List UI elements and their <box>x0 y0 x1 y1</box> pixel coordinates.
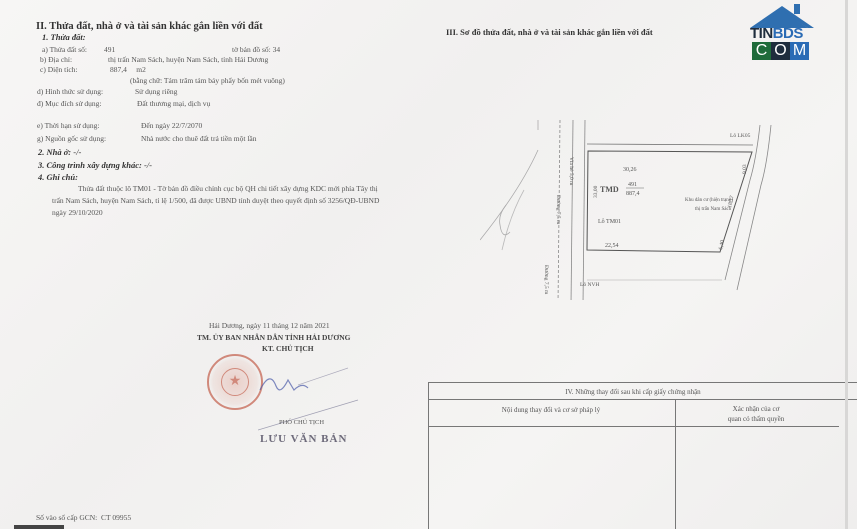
col-change-content: Nội dung thay đổi và cơ sở pháp lý <box>428 406 674 414</box>
other-works-heading: 3. Công trình xây dựng khác: <box>38 160 142 170</box>
map-sheet-value: 34 <box>273 45 281 54</box>
bottom-lot-label: Lô NVH <box>580 282 599 288</box>
road-line-right <box>583 120 585 300</box>
map-plot-number: 491 <box>628 182 637 188</box>
official-seal: ★ <box>207 354 263 410</box>
address-value: thị trấn Nam Sách, huyện Nam Sách, tỉnh … <box>108 55 268 64</box>
notes-text: Thửa đất thuộc lô TM01 - Tờ bản đồ điều … <box>52 183 382 219</box>
usage-form-label: d) Hình thức sử dụng: <box>37 87 135 96</box>
plot-number-value: 491 <box>104 45 115 54</box>
origin-row: g) Nguồn gốc sử dụng:Nhà nước cho thuê đ… <box>37 134 257 143</box>
road-line-mid <box>571 120 573 300</box>
edge-right-top: 9,03 <box>742 164 748 174</box>
land-heading: 1. Thửa đất: <box>42 32 86 42</box>
other-works-row: 3. Công trình xây dựng khác: -/- <box>38 160 152 170</box>
lot-name: Lô TM01 <box>598 219 621 225</box>
purpose-value: Đất thương mại, dịch vụ <box>137 99 210 108</box>
signature-scribble <box>258 360 378 440</box>
star-emblem-icon: ★ <box>221 368 249 396</box>
east-label-2: thị trấn Nam Sách <box>695 207 732 212</box>
bottom-edge-bar <box>14 525 64 529</box>
logo-com: C O M <box>752 42 810 60</box>
svg-text:Vỉa hè 5,0 m: Vỉa hè 5,0 m <box>568 157 574 186</box>
usage-form-row: d) Hình thức sử dụng:Sử dụng riêng <box>37 87 177 96</box>
usage-form-value: Sử dụng riêng <box>135 87 177 96</box>
area-in-words: (bằng chữ: Tám trăm tám bảy phẩy bốn mét… <box>130 76 285 85</box>
purpose-row: đ) Mục đích sử dụng:Đất thương mại, dịch… <box>37 99 210 108</box>
origin-value: Nhà nước cho thuê đất trả tiền một lần <box>141 134 257 143</box>
map-sheet-label: tờ bản đồ số: <box>232 45 271 54</box>
other-works-value: -/- <box>144 160 152 170</box>
address-row: b) Địa chỉ:thị trấn Nam Sách, huyện Nam … <box>40 55 268 64</box>
origin-label: g) Nguồn gốc sử dụng: <box>37 134 141 143</box>
plot-number-row: a) Thửa đất số:491 <box>42 45 115 54</box>
registry-label: Số vào sổ cấp GCN: <box>36 513 97 522</box>
place-date: Hải Dương, ngày 11 tháng 12 năm 2021 <box>209 321 330 330</box>
on-behalf: KT. CHỦ TỊCH <box>262 344 314 353</box>
logo-text: TINBDS <box>750 26 803 41</box>
registry-row: Số vào sổ cấp GCN: CT 09955 <box>36 513 131 522</box>
signer-position: PHÓ CHỦ TỊCH <box>279 419 324 426</box>
col-authority-confirmation: Xác nhận của cơ quan có thẩm quyền <box>674 404 838 424</box>
house-heading: 2. Nhà ở: <box>38 147 71 157</box>
plot-number-label: a) Thửa đất số: <box>42 45 104 54</box>
signer-name: LƯU VĂN BẢN <box>260 433 347 445</box>
section-3-title: III. Sơ đồ thửa đất, nhà ở và tài sản kh… <box>446 27 653 37</box>
notes-heading: 4. Ghi chú: <box>38 172 78 182</box>
map-sheet-row: tờ bản đồ số: 34 <box>232 45 280 54</box>
registry-value: CT 09955 <box>101 513 131 522</box>
section-2-title: II. Thửa đất, nhà ở và tài sản khác gắn … <box>36 21 263 32</box>
plot-diagram: Lô LK05 Đường 7,5 m Vỉa hè 5,0 m Đường 7… <box>480 40 850 300</box>
map-plot-area: 887,4 <box>626 191 640 197</box>
svg-text:Đường 7,5 m: Đường 7,5 m <box>555 195 561 225</box>
road-curve-upper <box>480 150 538 240</box>
purpose-label: đ) Mục đích sử dụng: <box>37 99 137 108</box>
address-label: b) Địa chỉ: <box>40 55 108 64</box>
term-row: e) Thời hạn sử dụng:Đến ngày 22/7/2070 <box>37 121 202 130</box>
edge-right-bottom: 6,40 <box>718 240 726 251</box>
issuing-org: TM. ỦY BAN NHÂN DÂN TỈNH HẢI DƯƠNG <box>197 333 350 342</box>
edge-bottom: 22,54 <box>605 243 619 249</box>
area-row: c) Diện tích:887,4 m2 <box>40 65 146 74</box>
area-label: c) Diện tích: <box>40 65 110 74</box>
house-value: -/- <box>73 147 81 157</box>
certificate-page: II. Thửa đất, nhà ở và tài sản khác gắn … <box>0 0 857 529</box>
term-value: Đến ngày 22/7/2070 <box>141 121 202 130</box>
area-value: 887,4 <box>110 65 127 74</box>
top-lot-label: Lô LK05 <box>730 133 751 139</box>
east-label-1: Khu dân cư (hiện trạng) <box>685 198 733 203</box>
right-fold-line <box>845 0 848 529</box>
house-row: 2. Nhà ở: -/- <box>38 147 81 157</box>
svg-text:Đường 7,5 m: Đường 7,5 m <box>543 265 549 295</box>
top-lot-line <box>587 144 753 145</box>
land-type: TMD <box>600 185 619 194</box>
section-4-title: IV. Những thay đổi sau khi cấp giấy chứn… <box>428 388 838 396</box>
edge-left: 33,00 <box>593 185 599 198</box>
term-label: e) Thời hạn sử dụng: <box>37 121 141 130</box>
tinbds-logo: TINBDS C O M <box>748 2 816 66</box>
area-unit: m2 <box>136 65 146 74</box>
edge-top: 30,26 <box>623 167 637 173</box>
